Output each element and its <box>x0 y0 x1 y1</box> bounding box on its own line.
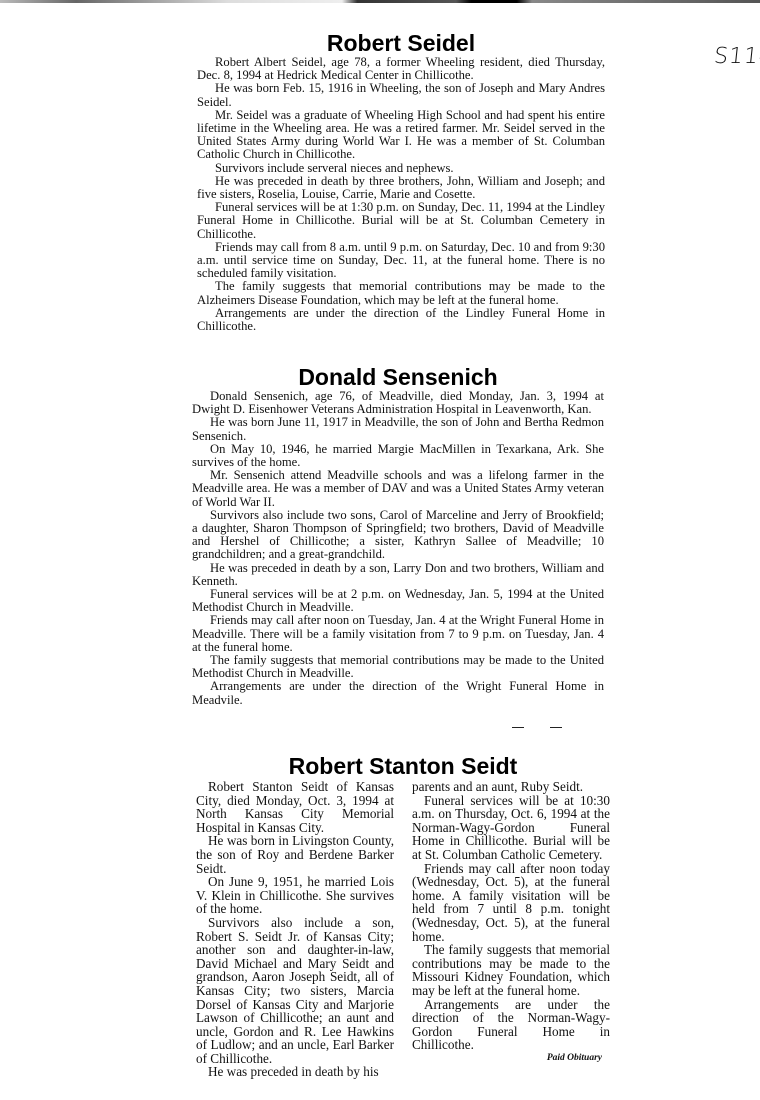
obituary-donald-sensenich: Donald Sensenich Donald Sensenich, age 7… <box>192 366 604 707</box>
paragraph: Survivors also include a son, Robert S. … <box>196 916 394 1066</box>
paragraph: The family suggests that memorial contri… <box>197 280 605 306</box>
paragraph: Friends may call after noon today (Wedne… <box>412 862 610 944</box>
paragraph: He was preceded in death by his <box>196 1065 394 1079</box>
obituary-robert-stanton-seidt: Robert Stanton Seidt Robert Stanton Seid… <box>196 755 610 1079</box>
paragraph: The family suggests that memorial contri… <box>412 943 610 997</box>
paragraph: Mr. Seidel was a graduate of Wheeling Hi… <box>197 109 605 162</box>
paragraph: Donald Sensenich, age 76, of Meadville, … <box>192 390 604 416</box>
obituary-body: Donald Sensenich, age 76, of Meadville, … <box>192 390 604 707</box>
separator-dash <box>550 727 562 728</box>
paragraph: Survivors also include two sons, Carol o… <box>192 509 604 562</box>
paragraph: Friends may call from 8 a.m. until 9 p.m… <box>197 241 605 281</box>
obituary-body: Robert Albert Seidel, age 78, a former W… <box>197 56 605 333</box>
column-right: parents and an aunt, Ruby Seidt. Funeral… <box>412 780 610 1079</box>
column-left: Robert Stanton Seidt of Kansas City, die… <box>196 780 394 1079</box>
paragraph: Friends may call after noon on Tuesday, … <box>192 614 604 654</box>
paid-obituary-signature: Paid Obituary <box>412 1053 610 1063</box>
paragraph: Survivors include serveral nieces and ne… <box>197 162 605 175</box>
page-top-border <box>0 0 760 3</box>
obituary-heading: Robert Stanton Seidt <box>196 755 610 778</box>
paragraph: Funeral services will be at 2 p.m. on We… <box>192 588 604 614</box>
obituary-columns: Robert Stanton Seidt of Kansas City, die… <box>196 780 610 1079</box>
obituary-robert-seidel: Robert Seidel Robert Albert Seidel, age … <box>197 32 605 333</box>
handwritten-page-number: S114 <box>713 44 760 69</box>
paragraph: Arrangements are under the direction of … <box>412 998 610 1052</box>
paragraph: Robert Stanton Seidt of Kansas City, die… <box>196 780 394 834</box>
paragraph: He was born in Livingston County, the so… <box>196 834 394 875</box>
paragraph: He was preceded in death by three brothe… <box>197 175 605 201</box>
paragraph: The family suggests that memorial contri… <box>192 654 604 680</box>
paragraph: On June 9, 1951, he married Lois V. Klei… <box>196 875 394 916</box>
paragraph: Arrangements are under the direction of … <box>192 680 604 706</box>
paragraph: Robert Albert Seidel, age 78, a former W… <box>197 56 605 82</box>
paragraph: He was born Feb. 15, 1916 in Wheeling, t… <box>197 82 605 108</box>
paragraph: On May 10, 1946, he married Margie MacMi… <box>192 443 604 469</box>
paragraph: Mr. Sensenich attend Meadville schools a… <box>192 469 604 509</box>
paragraph: Funeral services will be at 1:30 p.m. on… <box>197 201 605 241</box>
paragraph: Arrangements are under the direction of … <box>197 307 605 333</box>
paragraph: Funeral services will be at 10:30 a.m. o… <box>412 794 610 862</box>
obituary-heading: Robert Seidel <box>197 32 605 55</box>
paragraph: He was preceded in death by a son, Larry… <box>192 562 604 588</box>
paragraph: He was born June 11, 1917 in Meadville, … <box>192 416 604 442</box>
separator-dash <box>512 727 524 728</box>
obituary-heading: Donald Sensenich <box>192 366 604 389</box>
paragraph-continuation: parents and an aunt, Ruby Seidt. <box>412 780 610 794</box>
